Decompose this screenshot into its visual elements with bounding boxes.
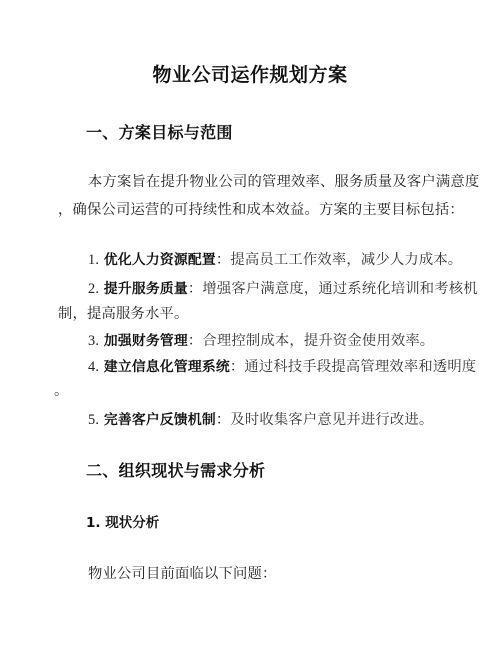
goal-item-key: 建立信息化管理系统 [104,359,230,375]
goal-item-description: 提高员工工作效率，减少人力成本。 [230,252,462,268]
goal-item-description: 通过科技手段提高管理效率和透明度 [244,359,476,375]
document-title: 物业公司运作规划方案 [0,60,500,87]
goal-item-number: 5. [88,412,99,428]
goal-item-5: 5. 完善客户反馈机制：及时收集客户意见并进行改进。 [88,408,433,429]
goal-item-description: 及时收集客户意见并进行改进。 [230,412,433,428]
goal-item-4-continuation: 。 [54,380,69,400]
goal-item-colon: ： [216,252,231,268]
goal-item-3: 3. 加强财务管理：合理控制成本，提升资金使用效率。 [88,329,434,350]
goal-item-key: 完善客户反馈机制 [104,412,216,428]
goal-item-description: 增强客户满意度，通过系统化培训和考核机 [202,281,477,297]
intro-paragraph-line-2: ，确保公司运营的可持续性和成本效益。方案的主要目标包括： [58,199,464,219]
goal-item-2: 2. 提升服务质量：增强客户满意度，通过系统化培训和考核机 [88,277,478,298]
goal-item-number: 3. [88,333,99,349]
goal-item-1: 1. 优化人力资源配置：提高员工工作效率，减少人力成本。 [88,248,462,269]
section-heading-goals: 一、方案目标与范围 [86,120,233,143]
goal-item-colon: ： [188,281,203,297]
goal-item-key: 提升服务质量 [104,281,188,297]
goal-item-description: 合理控制成本，提升资金使用效率。 [202,333,434,349]
goal-item-4: 4. 建立信息化管理系统：通过科技手段提高管理效率和透明度 [88,355,476,376]
section-heading-analysis: 二、组织现状与需求分析 [86,458,265,481]
goal-item-number: 4. [88,359,99,375]
status-paragraph-line-1: 物业公司目前面临以下问题： [88,563,276,583]
goal-item-colon: ： [230,359,245,375]
goal-item-key: 加强财务管理 [104,333,188,349]
goal-item-number: 1. [88,252,99,268]
subsection-heading-status: 1. 现状分析 [86,511,159,531]
intro-paragraph-line-1: 本方案旨在提升物业公司的管理效率、服务质量及客户满意度 [88,171,479,191]
goal-item-number: 2. [88,281,99,297]
goal-item-key: 优化人力资源配置 [104,252,216,268]
goal-item-colon: ： [188,333,203,349]
goal-item-2-continuation: 制，提高服务水平。 [58,303,188,323]
goal-item-colon: ： [216,412,231,428]
document-page: 物业公司运作规划方案 一、方案目标与范围 本方案旨在提升物业公司的管理效率、服务… [0,0,500,647]
